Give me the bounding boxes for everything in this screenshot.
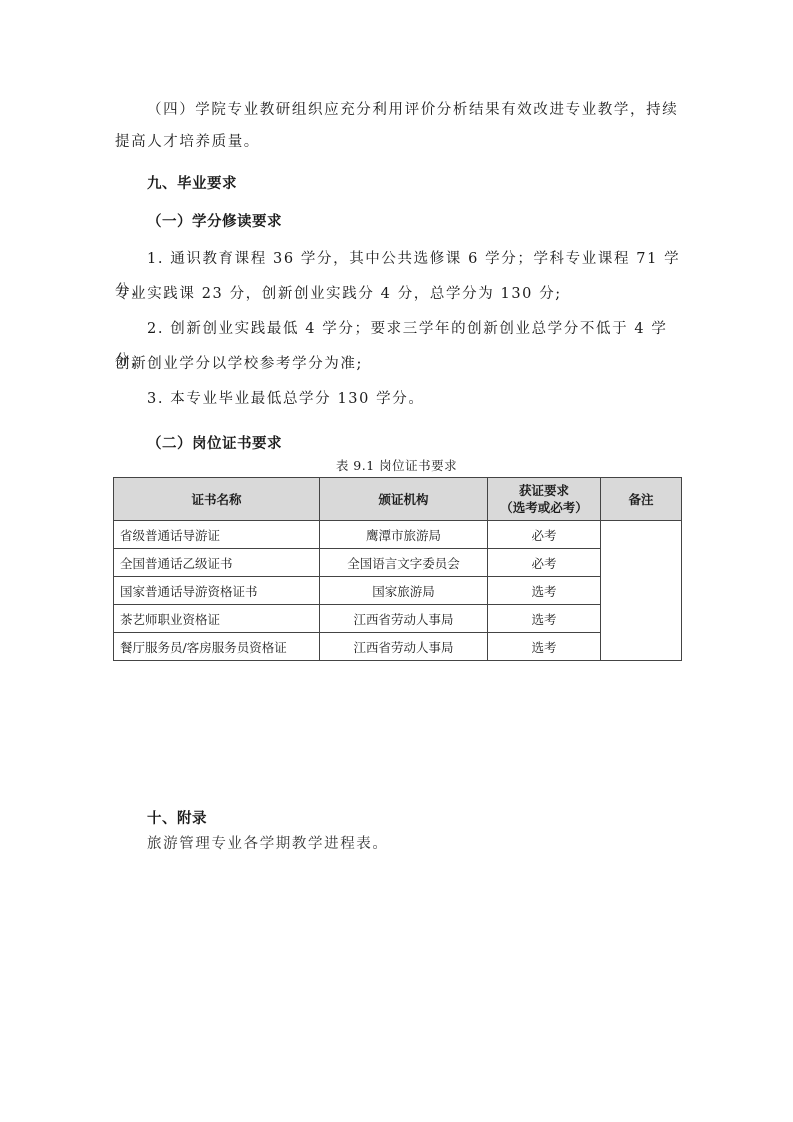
- cell-name: 茶艺师职业资格证: [114, 605, 320, 633]
- cell-name: 全国普通话乙级证书: [114, 549, 320, 577]
- cell-requirement: 必考: [488, 521, 601, 549]
- credit-item-2-line2: 创新创业学分以学校参考学分为准;: [115, 348, 685, 380]
- cell-requirement: 选考: [488, 577, 601, 605]
- cell-requirement: 选考: [488, 605, 601, 633]
- table-row: 餐厅服务员/客房服务员资格证 江西省劳动人事局 选考: [114, 633, 682, 661]
- credit-item-3: 3. 本专业毕业最低总学分 130 学分。: [115, 383, 685, 415]
- paragraph-4-line1: （四）学院专业教研组织应充分利用评价分析结果有效改进专业教学，持续: [115, 94, 685, 126]
- certificate-table: 证书名称 颁证机构 获证要求 （选考或必考） 备注 省级普通话导游证 鹰潭市旅游…: [113, 477, 682, 661]
- subsection-certificate-heading: （二）岗位证书要求: [147, 432, 282, 453]
- table-row: 茶艺师职业资格证 江西省劳动人事局 选考: [114, 605, 682, 633]
- header-issuer: 颁证机构: [320, 478, 488, 521]
- cell-issuer: 鹰潭市旅游局: [320, 521, 488, 549]
- cell-name: 省级普通话导游证: [114, 521, 320, 549]
- cell-requirement: 选考: [488, 633, 601, 661]
- section-10-heading: 十、附录: [147, 807, 207, 828]
- header-requirement-line2: （选考或必考）: [494, 499, 594, 516]
- cell-remarks-merged: [601, 521, 682, 661]
- appendix-body: 旅游管理专业各学期教学进程表。: [147, 832, 717, 856]
- section-9-heading: 九、毕业要求: [147, 172, 237, 193]
- subsection-credit-heading: （一）学分修读要求: [147, 210, 282, 231]
- credit-item-1-line2: 专业实践课 23 分，创新创业实践分 4 分，总学分为 130 分;: [115, 278, 685, 310]
- header-requirement: 获证要求 （选考或必考）: [488, 478, 601, 521]
- cell-name: 国家普通话导游资格证书: [114, 577, 320, 605]
- cell-name: 餐厅服务员/客房服务员资格证: [114, 633, 320, 661]
- cell-issuer: 江西省劳动人事局: [320, 633, 488, 661]
- cell-issuer: 江西省劳动人事局: [320, 605, 488, 633]
- header-certificate-name: 证书名称: [114, 478, 320, 521]
- header-requirement-line1: 获证要求: [494, 482, 594, 499]
- cell-issuer: 国家旅游局: [320, 577, 488, 605]
- document-page: （四）学院专业教研组织应充分利用评价分析结果有效改进专业教学，持续 提高人才培养…: [0, 0, 793, 1122]
- table-row: 国家普通话导游资格证书 国家旅游局 选考: [114, 577, 682, 605]
- header-remarks: 备注: [601, 478, 682, 521]
- table-row: 全国普通话乙级证书 全国语言文字委员会 必考: [114, 549, 682, 577]
- table-header-row: 证书名称 颁证机构 获证要求 （选考或必考） 备注: [114, 478, 682, 521]
- cell-issuer: 全国语言文字委员会: [320, 549, 488, 577]
- paragraph-4-line2: 提高人才培养质量。: [115, 126, 685, 158]
- table-caption: 表 9.1 岗位证书要求: [113, 456, 680, 474]
- table-row: 省级普通话导游证 鹰潭市旅游局 必考: [114, 521, 682, 549]
- cell-requirement: 必考: [488, 549, 601, 577]
